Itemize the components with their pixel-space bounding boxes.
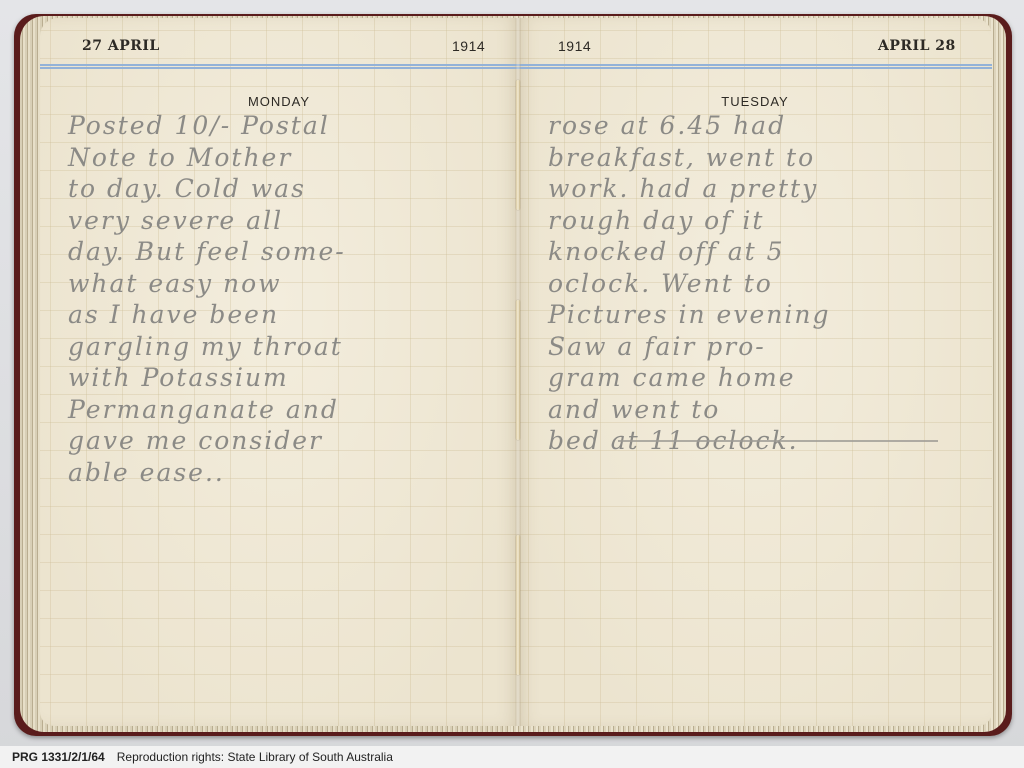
entry-line: Saw a fair pro- xyxy=(548,331,972,363)
weekday-label: TUESDAY xyxy=(518,94,992,109)
entry-line: day. But feel some- xyxy=(68,236,498,268)
binding-stitch xyxy=(516,80,520,210)
entry-line: knocked off at 5 xyxy=(548,236,972,268)
header-rule xyxy=(518,64,992,69)
binding-stitch xyxy=(516,300,520,440)
year-label: 1914 xyxy=(558,38,591,54)
entry-line: gargling my throat xyxy=(68,331,498,363)
entry-line: Permanganate and xyxy=(68,394,498,426)
entry-line: very severe all xyxy=(68,205,498,237)
entry-line: rough day of it xyxy=(548,205,972,237)
header-rule xyxy=(40,64,518,69)
binding-stitch xyxy=(516,535,520,675)
entry-line: rose at 6.45 had xyxy=(548,110,972,142)
entry-line: breakfast, went to xyxy=(548,142,972,174)
reference-number: PRG 1331/2/1/64 xyxy=(12,750,105,764)
entry-line: work. had a pretty xyxy=(548,173,972,205)
entry-line: Posted 10/- Postal xyxy=(68,110,498,142)
handwritten-entry: rose at 6.45 had breakfast, went to work… xyxy=(548,110,972,457)
entry-line: able ease.. xyxy=(68,457,498,489)
entry-end-underline xyxy=(618,440,938,442)
entry-line: Pictures in evening xyxy=(548,299,972,331)
handwritten-entry: Posted 10/- Postal Note to Mother to day… xyxy=(68,110,498,488)
entry-line: to day. Cold was xyxy=(68,173,498,205)
entry-line: with Potassium xyxy=(68,362,498,394)
rights-statement: Reproduction rights: State Library of So… xyxy=(117,750,393,764)
entry-line: as I have been xyxy=(68,299,498,331)
entry-line: Note to Mother xyxy=(68,142,498,174)
weekday-label: MONDAY xyxy=(40,94,518,109)
diary-page-right: 1914 APRIL 28 TUESDAY rose at 6.45 had b… xyxy=(518,18,992,726)
year-label: 1914 xyxy=(452,38,485,54)
entry-line: what easy now xyxy=(68,268,498,300)
entry-line: gave me consider xyxy=(68,425,498,457)
date-label: APRIL 28 xyxy=(878,38,956,54)
date-label: 27 APRIL xyxy=(82,38,160,54)
entry-line: oclock. Went to xyxy=(548,268,972,300)
entry-line: gram came home xyxy=(548,362,972,394)
caption-bar: PRG 1331/2/1/64Reproduction rights: Stat… xyxy=(0,746,1024,768)
entry-line: and went to xyxy=(548,394,972,426)
diary-page-left: 27 APRIL 1914 MONDAY Posted 10/- Postal … xyxy=(40,18,518,726)
